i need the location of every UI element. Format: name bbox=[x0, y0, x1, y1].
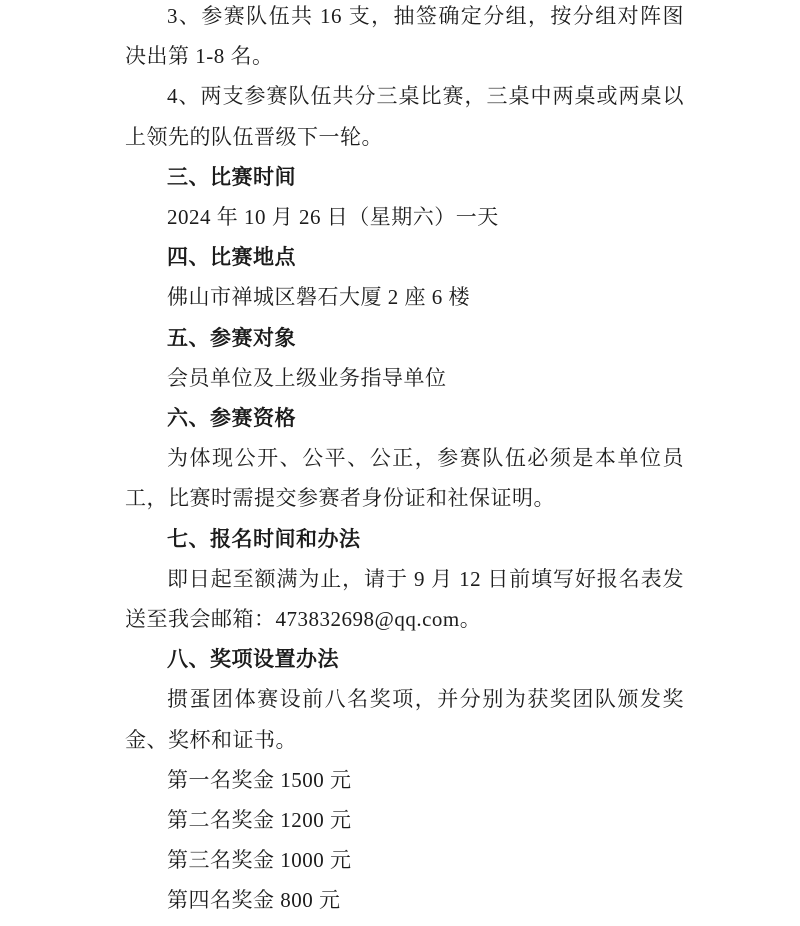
body-paragraph: 佛山市禅城区磐石大厦 2 座 6 楼 bbox=[125, 277, 684, 317]
body-paragraph: 第三名奖金 1000 元 bbox=[125, 840, 684, 880]
section-heading: 五、参赛对象 bbox=[125, 318, 684, 358]
body-paragraph: 3、参赛队伍共 16 支，抽签确定分组，按分组对阵图决出第 1-8 名。 bbox=[125, 0, 684, 76]
body-paragraph: 2024 年 10 月 26 日（星期六）一天 bbox=[125, 197, 684, 237]
section-heading: 七、报名时间和办法 bbox=[125, 519, 684, 559]
section-heading: 三、比赛时间 bbox=[125, 157, 684, 197]
body-paragraph: 第一名奖金 1500 元 bbox=[125, 760, 684, 800]
section-heading: 六、参赛资格 bbox=[125, 398, 684, 438]
document-page: 3、参赛队伍共 16 支，抽签确定分组，按分组对阵图决出第 1-8 名。4、两支… bbox=[0, 0, 800, 922]
body-paragraph: 为体现公开、公平、公正，参赛队伍必须是本单位员工，比赛时需提交参赛者身份证和社保… bbox=[125, 438, 684, 518]
body-paragraph: 4、两支参赛队伍共分三桌比赛，三桌中两桌或两桌以上领先的队伍晋级下一轮。 bbox=[125, 76, 684, 156]
body-paragraph: 第二名奖金 1200 元 bbox=[125, 800, 684, 840]
body-paragraph: 会员单位及上级业务指导单位 bbox=[125, 358, 684, 398]
body-paragraph: 掼蛋团体赛设前八名奖项，并分别为获奖团队颁发奖金、奖杯和证书。 bbox=[125, 679, 684, 759]
body-paragraph: 第四名奖金 800 元 bbox=[125, 880, 684, 920]
body-paragraph: 即日起至额满为止，请于 9 月 12 日前填写好报名表发送至我会邮箱：47383… bbox=[125, 559, 684, 639]
section-heading: 四、比赛地点 bbox=[125, 237, 684, 277]
section-heading: 八、奖项设置办法 bbox=[125, 639, 684, 679]
